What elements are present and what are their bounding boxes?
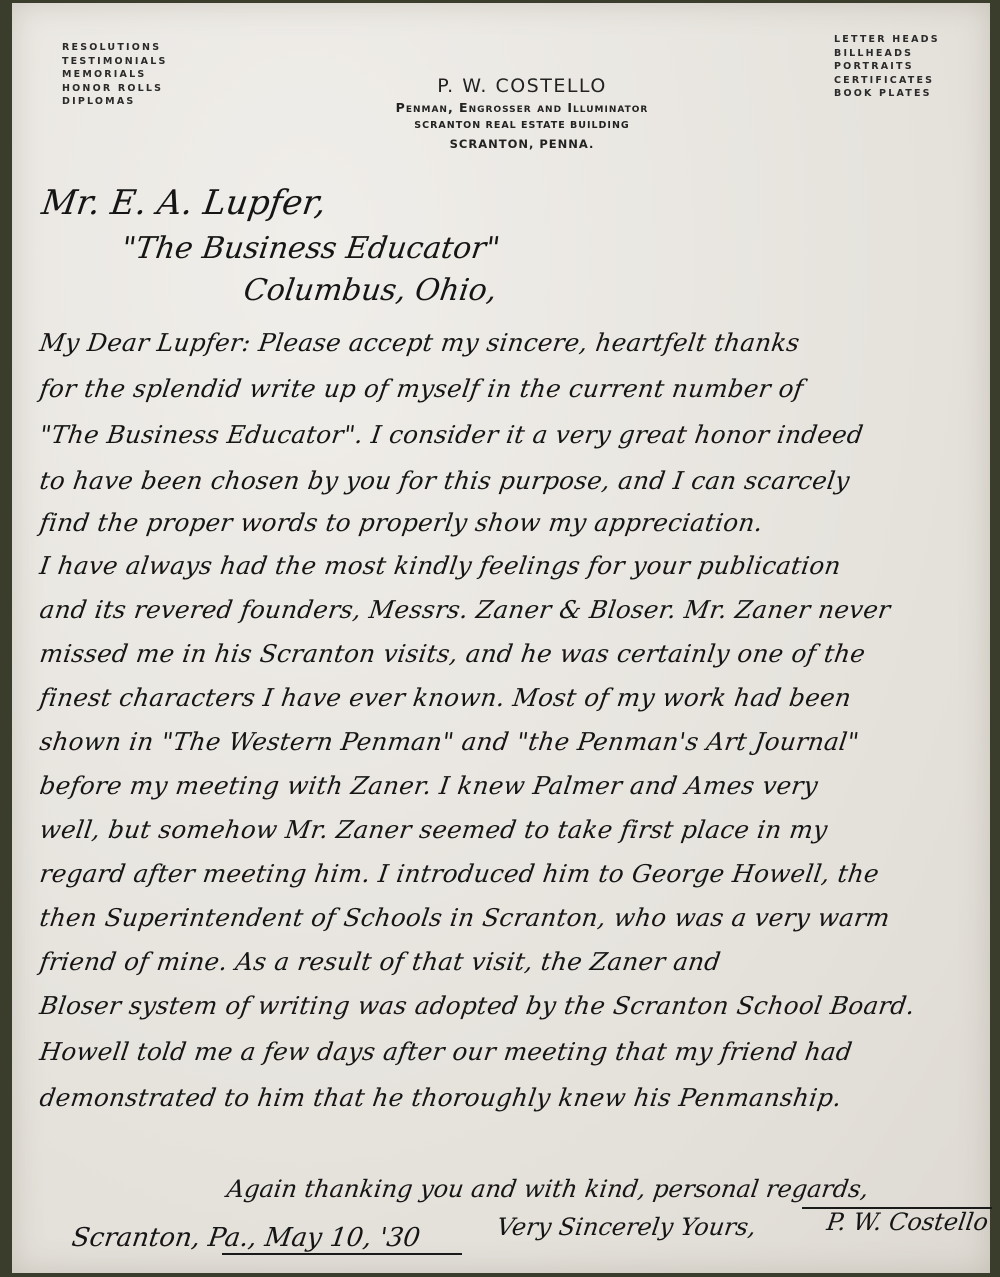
service-item: DIPLOMAS: [62, 95, 168, 109]
body-line: find the proper words to properly show m…: [38, 508, 765, 537]
service-item: BOOK PLATES: [834, 87, 940, 101]
letterhead-address: SCRANTON REAL ESTATE BUILDING: [312, 117, 732, 135]
body-line: before my meeting with Zaner. I knew Pal…: [38, 771, 820, 800]
body-line: then Superintendent of Schools in Scrant…: [38, 903, 892, 932]
date-underline: [222, 1253, 462, 1255]
recipient-publication: "The Business Educator": [120, 231, 502, 266]
recipient-city: Columbus, Ohio,: [242, 273, 499, 308]
service-item: RESOLUTIONS: [62, 41, 168, 55]
valediction: Very Sincerely Yours,: [495, 1213, 758, 1241]
service-item: LETTER HEADS: [834, 33, 940, 47]
service-item: PORTRAITS: [834, 60, 940, 74]
body-line: Bloser system of writing was adopted by …: [38, 991, 917, 1020]
body-line: shown in "The Western Penman" and "the P…: [38, 727, 861, 756]
body-line: friend of mine. As a result of that visi…: [38, 947, 723, 976]
place-date: Scranton, Pa., May 10, '30: [70, 1223, 422, 1253]
body-line: Howell told me a few days after our meet…: [38, 1037, 854, 1066]
service-item: TESTIMONIALS: [62, 55, 168, 69]
service-item: HONOR ROLLS: [62, 82, 168, 96]
body-line: "The Business Educator". I consider it a…: [38, 420, 865, 449]
body-line: finest characters I have ever known. Mos…: [38, 683, 853, 712]
recipient-name: Mr. E. A. Lupfer,: [39, 183, 328, 223]
signature-flourish: [802, 1207, 992, 1209]
service-item: MEMORIALS: [62, 68, 168, 82]
signature: P. W. Costello: [825, 1208, 990, 1236]
service-item: BILLHEADS: [834, 47, 940, 61]
letterhead-city: SCRANTON, PENNA.: [312, 135, 732, 153]
body-line: missed me in his Scranton visits, and he…: [38, 639, 867, 668]
letterhead-services-left: RESOLUTIONS TESTIMONIALS MEMORIALS HONOR…: [62, 41, 168, 109]
letterhead-services-right: LETTER HEADS BILLHEADS PORTRAITS CERTIFI…: [834, 33, 940, 101]
letter-page: RESOLUTIONS TESTIMONIALS MEMORIALS HONOR…: [12, 3, 990, 1273]
letterhead-name: P. W. COSTELLO: [312, 75, 732, 97]
body-line: I have always had the most kindly feelin…: [38, 551, 843, 580]
body-line: for the splendid write up of myself in t…: [38, 374, 805, 403]
body-line: and its revered founders, Messrs. Zaner …: [38, 595, 892, 624]
closing-line: Again thanking you and with kind, person…: [225, 1175, 870, 1203]
service-item: CERTIFICATES: [834, 74, 940, 88]
body-line: demonstrated to him that he thoroughly k…: [38, 1083, 844, 1112]
body-line: regard after meeting him. I introduced h…: [38, 859, 881, 888]
letterhead-title: Penman, Engrosser and Illuminator: [312, 99, 732, 117]
body-line: to have been chosen by you for this purp…: [38, 466, 852, 495]
letterhead-center: P. W. COSTELLO Penman, Engrosser and Ill…: [312, 75, 732, 153]
body-line: well, but somehow Mr. Zaner seemed to ta…: [38, 815, 829, 844]
body-line: My Dear Lupfer: Please accept my sincere…: [38, 328, 802, 357]
